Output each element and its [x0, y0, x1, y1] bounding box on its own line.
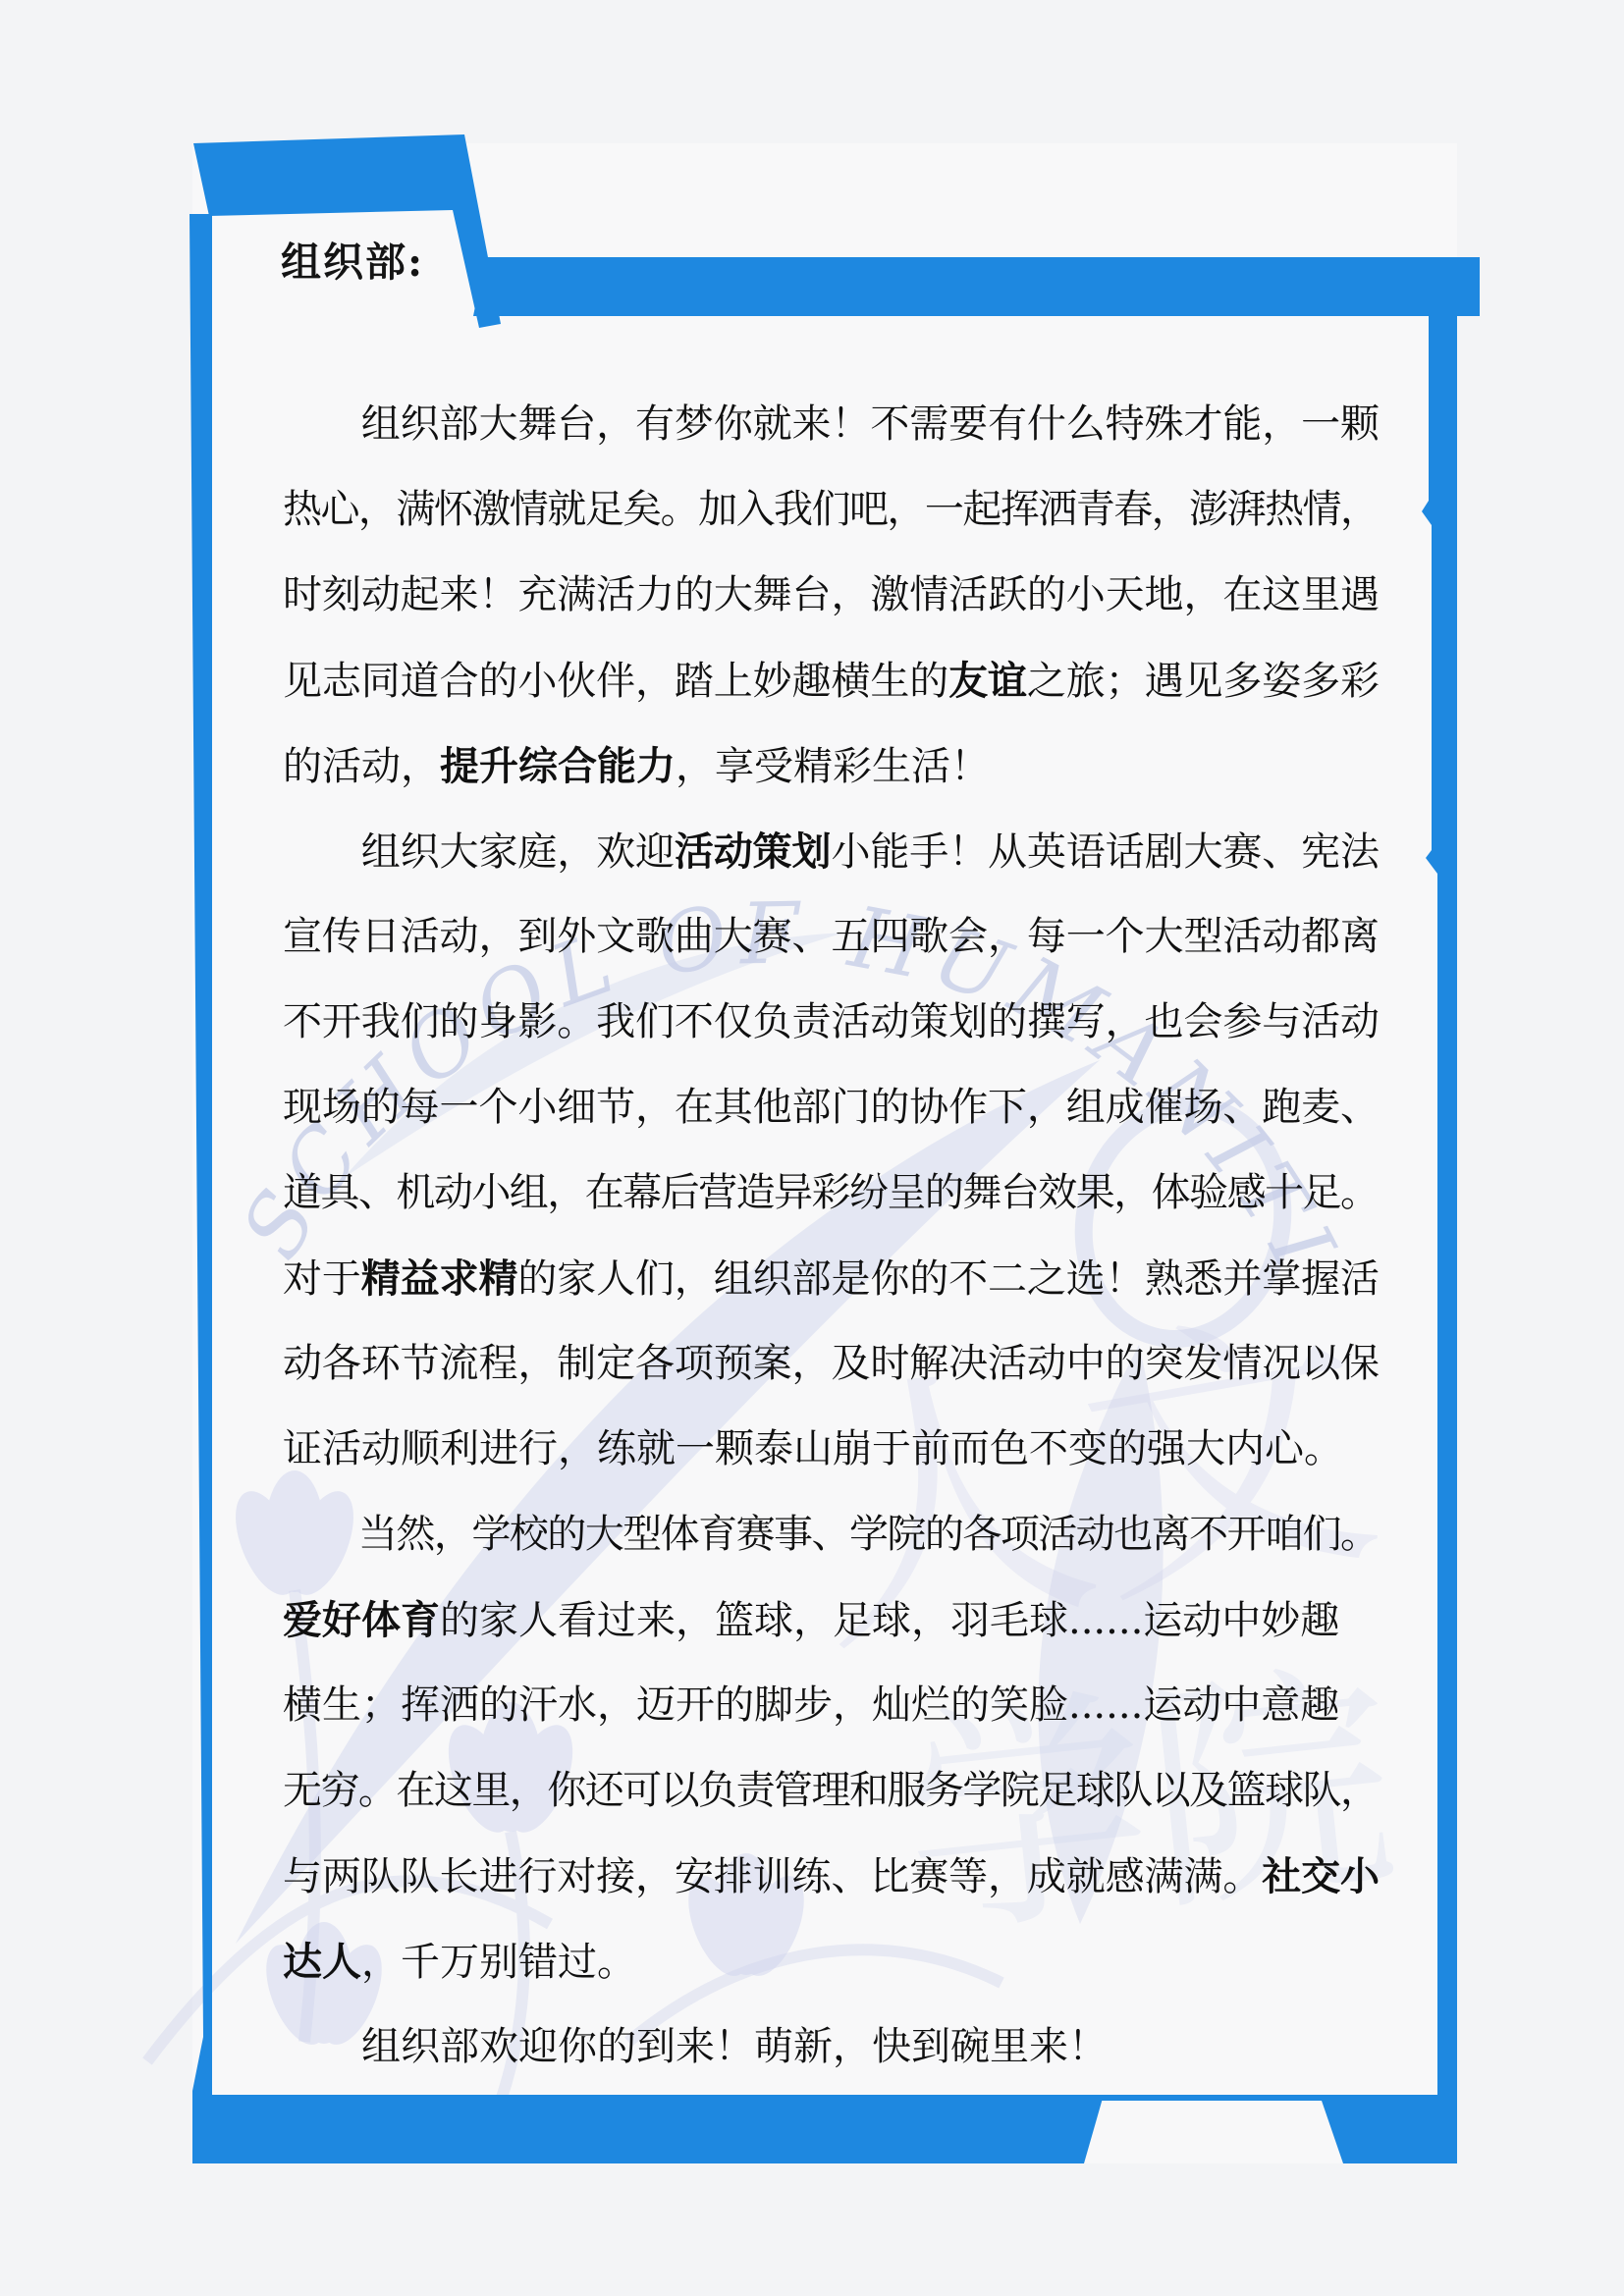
bold-text-run: 友谊 — [948, 658, 1027, 704]
text-run: 道具、机动小组，在幕后营造异彩纷呈的舞台效果，体验感十足。 — [283, 1170, 1378, 1215]
text-run: 之旅；遇见多姿多彩 — [1027, 659, 1380, 704]
text-line: 无穷。在这里，你还可以负责管理和服务学院足球队以及篮球队， — [283, 1748, 1380, 1834]
bold-text-run: 达人 — [283, 1939, 361, 1985]
text-run: 不开我们的身影。我们不仅负责活动策划的撰写，也会参与活动 — [283, 999, 1380, 1044]
text-run: 动各环节流程，制定各项预案，及时解决活动中的突发情况以保 — [283, 1341, 1380, 1386]
text-run: 的活动， — [283, 744, 440, 789]
text-run: 组织大家庭，欢迎 — [283, 829, 675, 875]
text-run: 宣传日活动，到外文歌曲大赛、五四歌会，每一个大型活动都离 — [283, 914, 1380, 959]
text-run: 无穷。在这里，你还可以负责管理和服务学院足球队以及篮球队， — [283, 1768, 1378, 1813]
bold-text-run: 提升综合能力 — [440, 743, 676, 789]
text-line: 见志同道合的小伙伴，踏上妙趣横生的友谊之旅；遇见多姿多彩 — [283, 638, 1380, 723]
text-run: 当然，学校的大型体育赛事、学院的各项活动也离不开咱们。 — [283, 1512, 1378, 1557]
text-line: 达人，千万别错过。 — [283, 1919, 1380, 2004]
text-line: 当然，学校的大型体育赛事、学院的各项活动也离不开咱们。 — [283, 1492, 1380, 1577]
bold-text-run: 活动策划 — [675, 828, 832, 875]
text-run: 与两队队长进行对接，安排训练、比赛等，成就感满满。 — [283, 1854, 1262, 1899]
text-run: 横生；挥洒的汗水，迈开的脚步，灿烂的笑脸......运动中意趣 — [283, 1682, 1339, 1728]
body-text: 组织部大舞台，有梦你就来！不需要有什么特殊才能，一颗热心，满怀激情就足矣。加入我… — [283, 382, 1380, 2090]
text-line: 热心，满怀激情就足矣。加入我们吧，一起挥洒青春，澎湃热情， — [283, 467, 1380, 553]
text-line: 动各环节流程，制定各项预案，及时解决活动中的突发情况以保 — [283, 1321, 1380, 1407]
text-line: 的活动，提升综合能力，享受精彩生活！ — [283, 723, 1380, 809]
text-line: 爱好体育的家人看过来，篮球，足球，羽毛球......运动中妙趣 — [283, 1577, 1380, 1663]
text-run: 对于 — [283, 1256, 361, 1302]
text-run: 证活动顺利进行，练就一颗泰山崩于前而色不变的强大内心。 — [283, 1426, 1343, 1471]
text-run: 时刻动起来！充满活力的大舞台，激情活跃的小天地，在这里遇 — [283, 572, 1380, 617]
text-run: 组织部大舞台，有梦你就来！不需要有什么特殊才能，一颗 — [283, 401, 1380, 447]
text-run: 小能手！从英语话剧大赛、宪法 — [831, 829, 1379, 875]
text-line: 对于精益求精的家人们，组织部是你的不二之选！熟悉并掌握活 — [283, 1236, 1380, 1321]
text-run: 组织部欢迎你的到来！萌新，快到碗里来！ — [283, 2024, 1108, 2069]
text-run: 热心，满怀激情就足矣。加入我们吧，一起挥洒青春，澎湃热情， — [283, 487, 1378, 532]
text-line: 组织部大舞台，有梦你就来！不需要有什么特殊才能，一颗 — [283, 382, 1380, 467]
text-line: 道具、机动小组，在幕后营造异彩纷呈的舞台效果，体验感十足。 — [283, 1150, 1380, 1236]
text-line: 组织部欢迎你的到来！萌新，快到碗里来！ — [283, 2004, 1380, 2090]
bold-text-run: 爱好体育 — [283, 1597, 440, 1643]
text-run: 的家人看过来，篮球，足球，羽毛球......运动中妙趣 — [440, 1598, 1339, 1643]
page-title: 组织部: — [281, 230, 424, 288]
text-line: 时刻动起来！充满活力的大舞台，激情活跃的小天地，在这里遇 — [283, 553, 1380, 638]
text-run: 见志同道合的小伙伴，踏上妙趣横生的 — [283, 659, 948, 704]
text-line: 证活动顺利进行，练就一颗泰山崩于前而色不变的强大内心。 — [283, 1407, 1380, 1492]
text-run: 现场的每一个小细节，在其他部门的协作下，组成催场、跑麦、 — [283, 1085, 1380, 1130]
text-run: ，千万别错过。 — [361, 1940, 636, 1985]
text-line: 横生；挥洒的汗水，迈开的脚步，灿烂的笑脸......运动中意趣 — [283, 1663, 1380, 1748]
bold-text-run: 社交小 — [1262, 1853, 1380, 1899]
text-line: 不开我们的身影。我们不仅负责活动策划的撰写，也会参与活动 — [283, 980, 1380, 1065]
text-line: 组织大家庭，欢迎活动策划小能手！从英语话剧大赛、宪法 — [283, 809, 1380, 894]
text-line: 与两队队长进行对接，安排训练、比赛等，成就感满满。社交小 — [283, 1834, 1380, 1919]
text-run: 的家人们，组织部是你的不二之选！熟悉并掌握活 — [517, 1256, 1380, 1302]
bold-text-run: 精益求精 — [361, 1255, 518, 1302]
text-line: 宣传日活动，到外文歌曲大赛、五四歌会，每一个大型活动都离 — [283, 894, 1380, 980]
text-run: ，享受精彩生活！ — [676, 744, 990, 789]
document-page: SCHOOL OF HUMANITIES 人文 学院 组织部: 组织部大舞台，有… — [0, 0, 1624, 2296]
text-line: 现场的每一个小细节，在其他部门的协作下，组成催场、跑麦、 — [283, 1065, 1380, 1150]
